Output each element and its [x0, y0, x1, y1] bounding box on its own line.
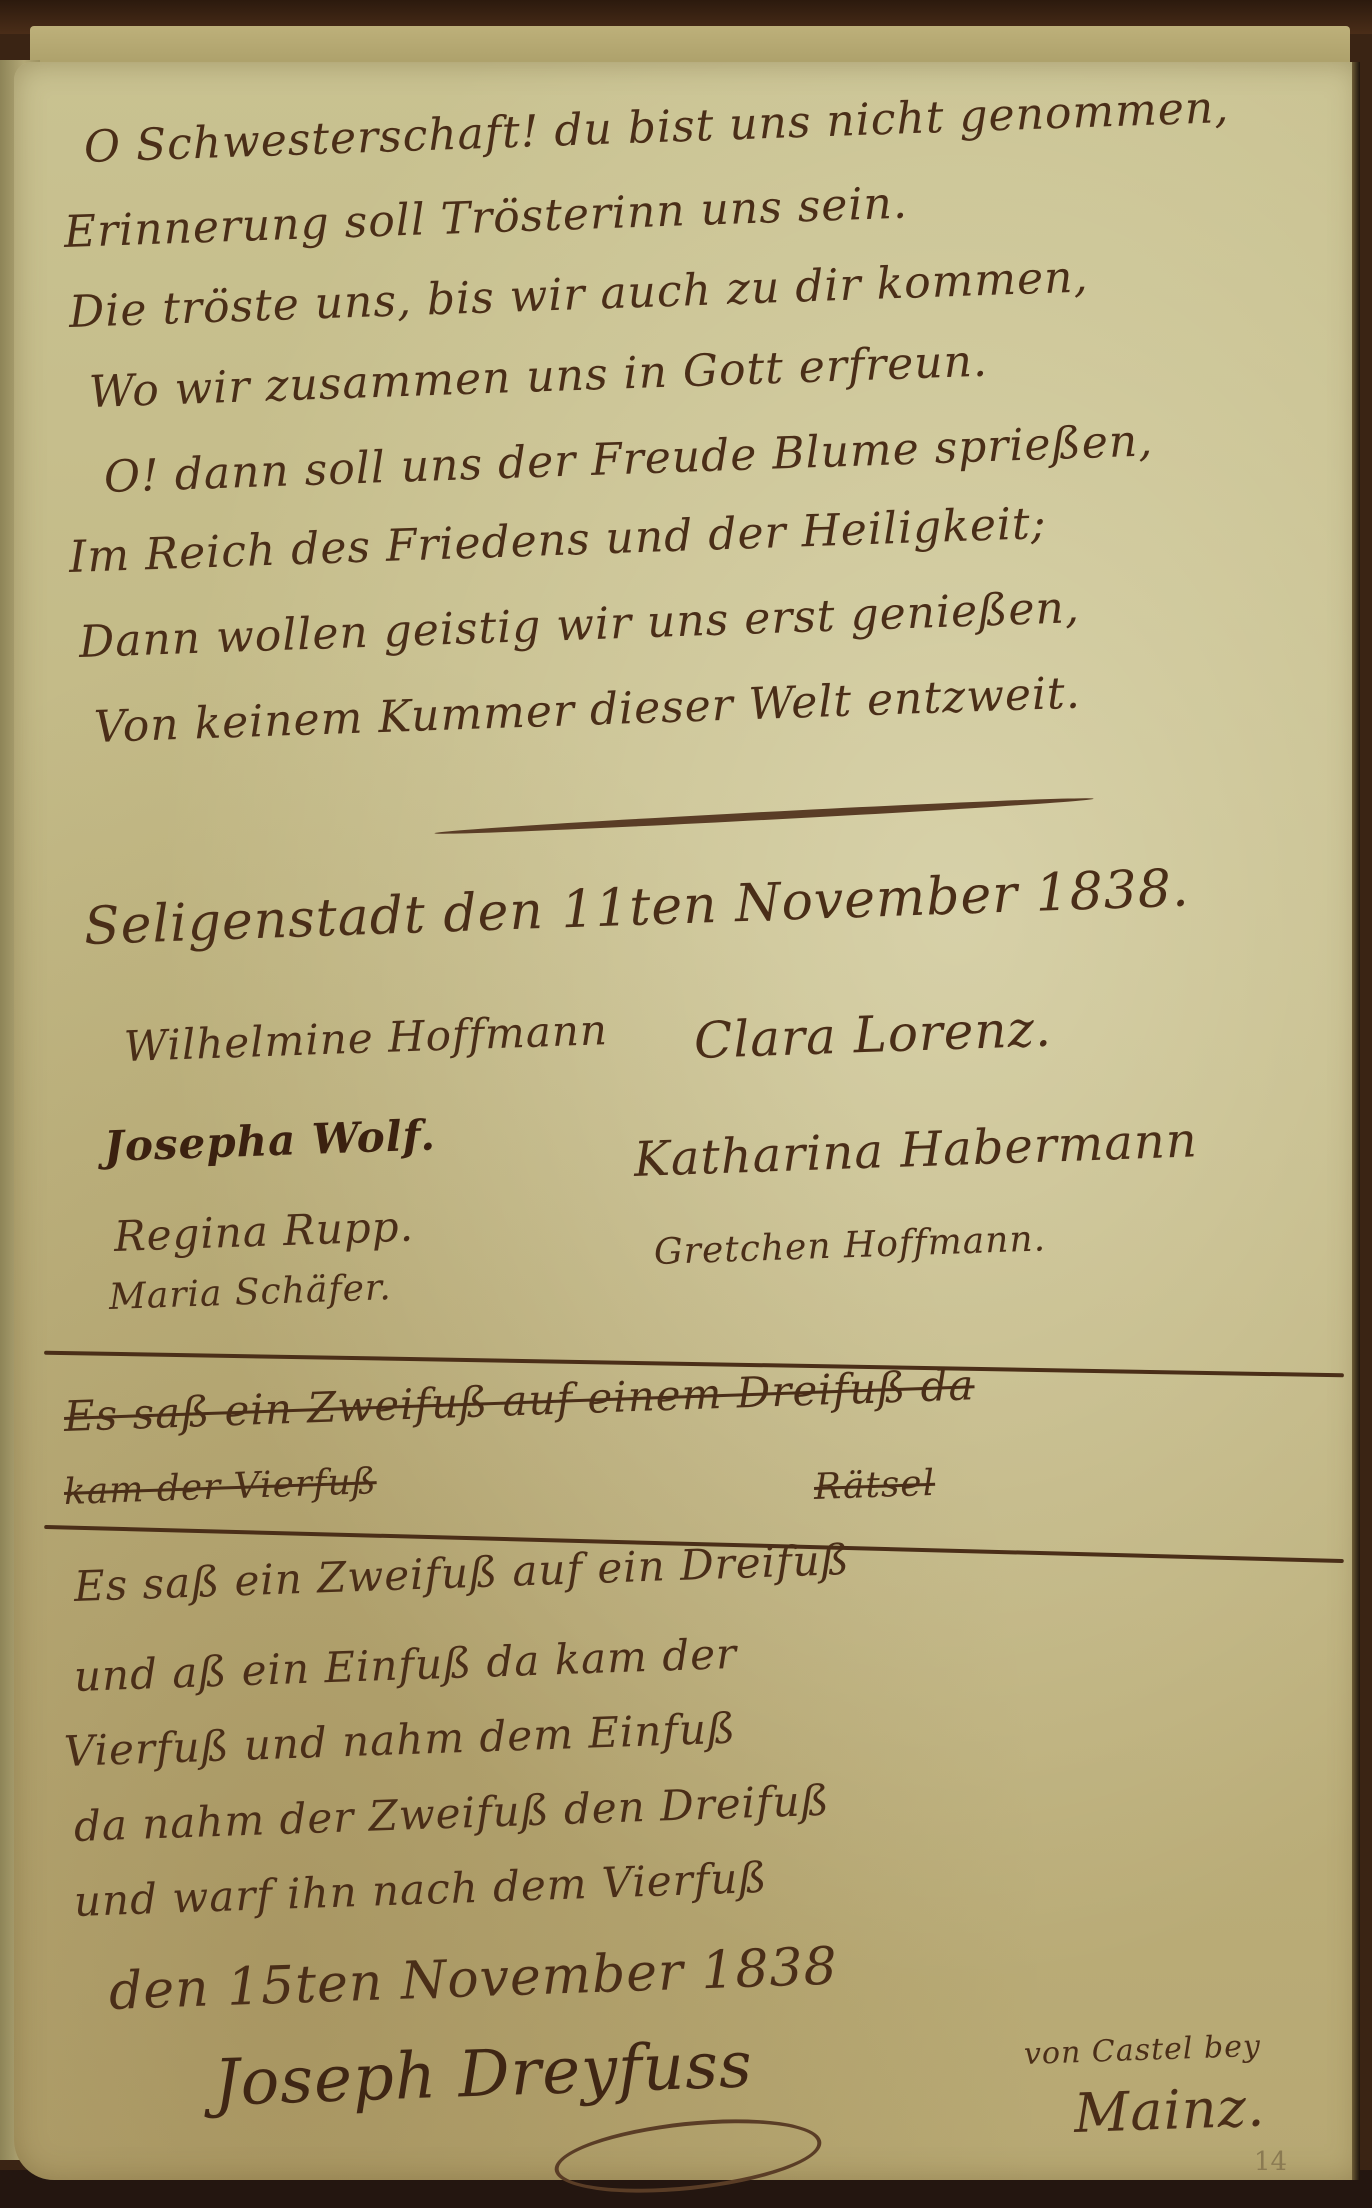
- poem-line: Die tröste uns, bis wir auch zu dir komm…: [68, 251, 1089, 338]
- struck-line: Es saß ein Zweifuß auf einem Dreifuß da: [63, 1360, 975, 1441]
- signature: Katharina Habermann: [633, 1112, 1199, 1188]
- poem-line: Dann wollen geistig wir uns erst genieße…: [78, 582, 1080, 668]
- signature: Josepha Wolf.: [103, 1110, 436, 1171]
- riddle-line: Es saß ein Zweifuß auf ein Dreifuß: [73, 1535, 850, 1611]
- poem-line: Erinnerung soll Trösterinn uns sein.: [63, 178, 908, 258]
- signature: Wilhelmine Hoffmann: [123, 1005, 609, 1071]
- signature: Clara Lorenz.: [693, 1000, 1053, 1070]
- closing-from-line: von Castel bey: [1023, 2029, 1261, 2072]
- closing-signature: Joseph Dreyfuss: [213, 2028, 754, 2121]
- place-date: Seligenstadt den 11ten November 1838.: [83, 858, 1190, 957]
- closing-city: Mainz.: [1073, 2075, 1266, 2145]
- divider-flourish: [434, 795, 1094, 838]
- page-right-edge: [1352, 62, 1360, 2180]
- closing-date: den 15ten November 1838: [108, 1937, 839, 2022]
- page-number: 14: [1254, 2147, 1287, 2177]
- struck-label: Rätsel: [813, 1463, 936, 1508]
- riddle-line: und warf ihn nach dem Vierfuß: [73, 1853, 768, 1926]
- poem-line: Von keinem Kummer dieser Welt entzweit.: [93, 668, 1081, 753]
- riddle-line: Vierfuß und nahm dem Einfuß: [63, 1704, 737, 1776]
- poem-line: Wo wir zusammen uns in Gott erfreun.: [88, 336, 989, 418]
- signature: Gretchen Hoffmann.: [653, 1218, 1046, 1273]
- poem-line: Im Reich des Friedens und der Heiligkeit…: [68, 498, 1047, 583]
- poem-line: O! dann soll uns der Freude Blume sprieß…: [103, 415, 1154, 503]
- signature: Maria Schäfer.: [108, 1267, 392, 1318]
- album-page: O Schwesterschaft! du bist uns nicht gen…: [14, 62, 1360, 2180]
- poem-line: O Schwesterschaft! du bist uns nicht gen…: [83, 82, 1230, 173]
- signature: Regina Rupp.: [113, 1202, 415, 1261]
- riddle-line: und aß ein Einfuß da kam der: [73, 1629, 738, 1701]
- struck-line: kam der Vierfuß: [63, 1461, 377, 1513]
- riddle-line: da nahm der Zweifuß den Dreifuß: [73, 1776, 830, 1851]
